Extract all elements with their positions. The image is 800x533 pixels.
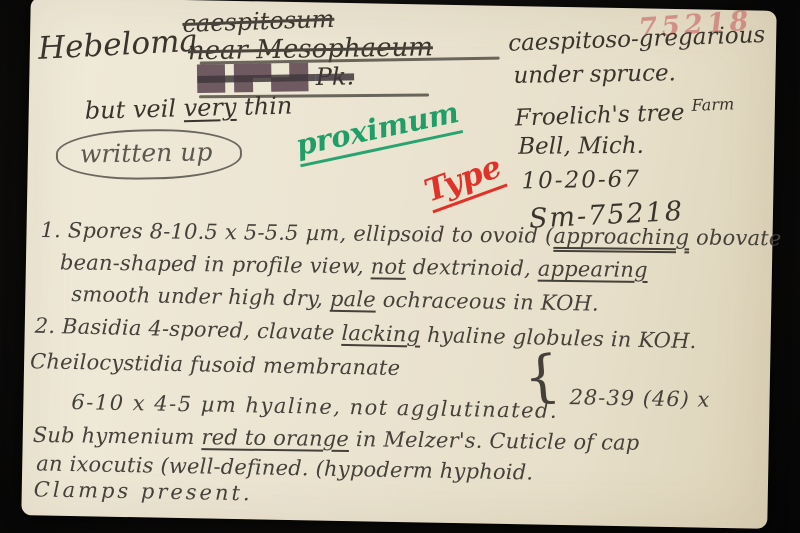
note-text: smooth under high dry, <box>71 282 330 311</box>
veil-note-text: but veil <box>84 94 184 124</box>
crossed-out-epithet-caespitosum: caespitosum <box>182 5 335 38</box>
veil-note-underlined: very <box>183 93 236 122</box>
note-text: Cheilocystidia fusoid membranate <box>30 349 401 380</box>
index-card: caespitosum Hebeloma near Mesophaeum █▌█… <box>21 0 776 529</box>
photo-background: { "photo": { "background_color": "#0c0b0… <box>0 0 800 533</box>
note-text: 2. Basidia 4-spored, clavate <box>35 314 342 345</box>
locality-text: Froelich's tree <box>514 100 685 132</box>
scribble-mark: █▌█▀▄█ <box>197 63 308 93</box>
habitat-note: under spruce. <box>513 60 676 89</box>
note-text: hyaline globules in KOH. <box>420 323 697 354</box>
note-line-7: Sub hymenium red to orange in Melzer's. … <box>33 423 640 455</box>
note-underlined: appearing <box>538 257 648 282</box>
note-line-4: 2. Basidia 4-spored, clavate lacking hya… <box>35 314 697 354</box>
veil-note: but veil very thin <box>84 91 292 124</box>
locality-sup-text: Farm <box>691 94 734 114</box>
type-stamp-text: Type <box>420 149 508 214</box>
note-line-2: bean-shaped in profile view, not dextrin… <box>60 250 648 282</box>
veil-note-text: thin <box>236 91 293 120</box>
place-note: Bell, Mich. <box>518 133 644 160</box>
note-underlined: lacking <box>341 321 420 347</box>
note-text: 1. Spores 8-10.5 x 5-5.5 µm, ellipsoid t… <box>40 218 553 248</box>
note-text: Clamps present. <box>34 477 253 505</box>
collection-date: 10-20-67 <box>521 166 641 194</box>
scribbled-out-name: █▌█▀▄█ Pk. <box>197 62 354 93</box>
note-underlined: not <box>371 254 407 278</box>
note-underlined: pale <box>330 287 376 312</box>
note-underlined: approaching <box>553 224 689 250</box>
note-text: ochraceous in KOH. <box>376 288 599 316</box>
note-line-5: Cheilocystidia fusoid membranate <box>30 349 401 380</box>
note-text: in Melzer's. Cuticle of cap <box>349 427 640 455</box>
genus-name: Hebeloma <box>37 23 199 67</box>
spore-measurement: 28-39 (46) x <box>569 385 710 412</box>
written-up-label: written up <box>56 128 243 181</box>
determination-proximum: proximum <box>293 95 462 163</box>
note-text: obovate <box>689 225 782 250</box>
written-up-oval: written up <box>56 128 243 181</box>
habit-note: caespitoso-gregarious <box>508 22 766 57</box>
written-up-text: written up <box>80 137 213 168</box>
type-stamp: Type <box>420 149 507 210</box>
note-underlined: red to orange <box>201 425 349 451</box>
locality-note: Froelich's tree Farm <box>514 94 735 131</box>
note-line-3: smooth under high dry, pale ochraceous i… <box>71 282 599 316</box>
determination-text: proximum <box>293 95 463 167</box>
note-line-9: Clamps present. <box>34 477 253 505</box>
note-text: Sub hymenium <box>33 423 202 449</box>
note-line-6: 6-10 x 4-5 µm hyaline, not agglutinated. <box>71 390 558 423</box>
note-text: dextrinoid, <box>406 255 538 281</box>
note-text: bean-shaped in profile view, <box>60 250 371 278</box>
author-abbrev: Pk. <box>316 62 355 91</box>
note-text: 6-10 x 4-5 µm hyaline, not agglutinated. <box>71 390 558 423</box>
